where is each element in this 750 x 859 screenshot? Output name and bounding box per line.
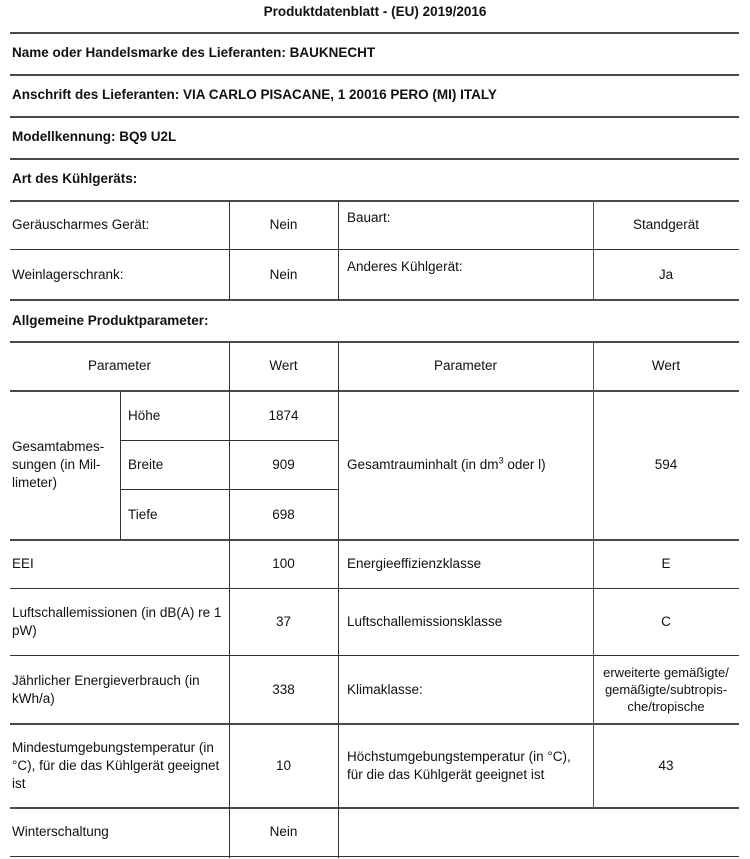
appliance-type-heading: Art des Kühlgeräts: — [12, 171, 137, 186]
model-identifier: Modellkennung: BQ9 U2L — [12, 129, 176, 144]
param-label: Anderes Kühlgerät: — [345, 250, 593, 299]
dimension-value: 698 — [229, 490, 338, 539]
dimension-value: 909 — [229, 441, 338, 489]
param-label: Luftschallemissionsklasse — [345, 589, 593, 655]
param-value: Standgerät — [593, 201, 739, 249]
param-label: Höchstumgebungstemperatur (in °C), für d… — [345, 724, 590, 807]
param-value: Ja — [593, 250, 739, 299]
param-value: 100 — [229, 540, 338, 588]
column-header: Wert — [593, 342, 739, 390]
param-value: Nein — [229, 808, 338, 856]
volume-label-text: Gesamtrauminhalt (in dm3 oder l) — [347, 456, 546, 474]
column-divider — [338, 201, 339, 300]
volume-label: Gesamtrauminhalt (in dm3 oder l) — [345, 391, 593, 539]
general-params-heading: Allgemeine Produktparameter: — [12, 313, 209, 328]
supplier-name: Name oder Handelsmarke des Lieferanten: … — [12, 45, 375, 60]
param-label: Jährlicher Energieverbrauch (in kWh/a) — [10, 656, 226, 723]
dimension-name: Breite — [126, 441, 229, 489]
param-label: Luftschallemissionen (in dB(A) re 1 pW) — [10, 589, 226, 655]
param-value: erweiterte gemäßigte/ gemäßigte/subtropi… — [596, 656, 736, 723]
dimensions-label-line: Gesamtabmes- — [12, 438, 104, 456]
dimensions-label-line: limeter) — [12, 474, 57, 492]
divider — [10, 74, 739, 76]
column-header: Parameter — [338, 342, 593, 390]
param-label: EEI — [10, 540, 226, 588]
table-border — [10, 299, 739, 301]
volume-value: 594 — [593, 391, 739, 539]
dimension-value: 1874 — [229, 391, 338, 440]
column-divider — [338, 342, 339, 858]
param-value: 43 — [593, 724, 739, 807]
param-label: Geräuscharmes Gerät: — [10, 201, 229, 249]
divider — [10, 116, 739, 118]
column-header: Wert — [229, 342, 338, 390]
dimension-name: Höhe — [126, 391, 229, 440]
dimensions-label-line: sungen (in Mil- — [12, 456, 101, 474]
param-value: 37 — [229, 589, 338, 655]
table-border — [10, 856, 739, 857]
supplier-address: Anschrift des Lieferanten: VIA CARLO PIS… — [12, 87, 497, 102]
param-value: Nein — [229, 201, 338, 249]
param-label: Winterschaltung — [10, 808, 226, 856]
param-label: Bauart: — [345, 201, 593, 249]
divider — [10, 32, 739, 34]
param-label: Energieeffizienzklasse — [345, 540, 593, 588]
param-value: C — [593, 589, 739, 655]
column-header: Parameter — [10, 342, 229, 390]
param-label: Weinlagerschrank: — [10, 250, 229, 299]
dimension-name: Tiefe — [126, 490, 229, 539]
param-label: Mindestumgebungstemperatur (in °C), für … — [10, 724, 226, 807]
param-value: 338 — [229, 656, 338, 723]
column-divider — [120, 391, 121, 540]
param-value: E — [593, 540, 739, 588]
divider — [10, 158, 739, 160]
param-value: Nein — [229, 250, 338, 299]
param-label: Klimaklasse: — [345, 656, 593, 723]
param-value: 10 — [229, 724, 338, 807]
page-title: Produktdatenblatt - (EU) 2019/2016 — [0, 4, 750, 19]
dimensions-label: Gesamtabmes- sungen (in Mil- limeter) — [10, 391, 120, 539]
